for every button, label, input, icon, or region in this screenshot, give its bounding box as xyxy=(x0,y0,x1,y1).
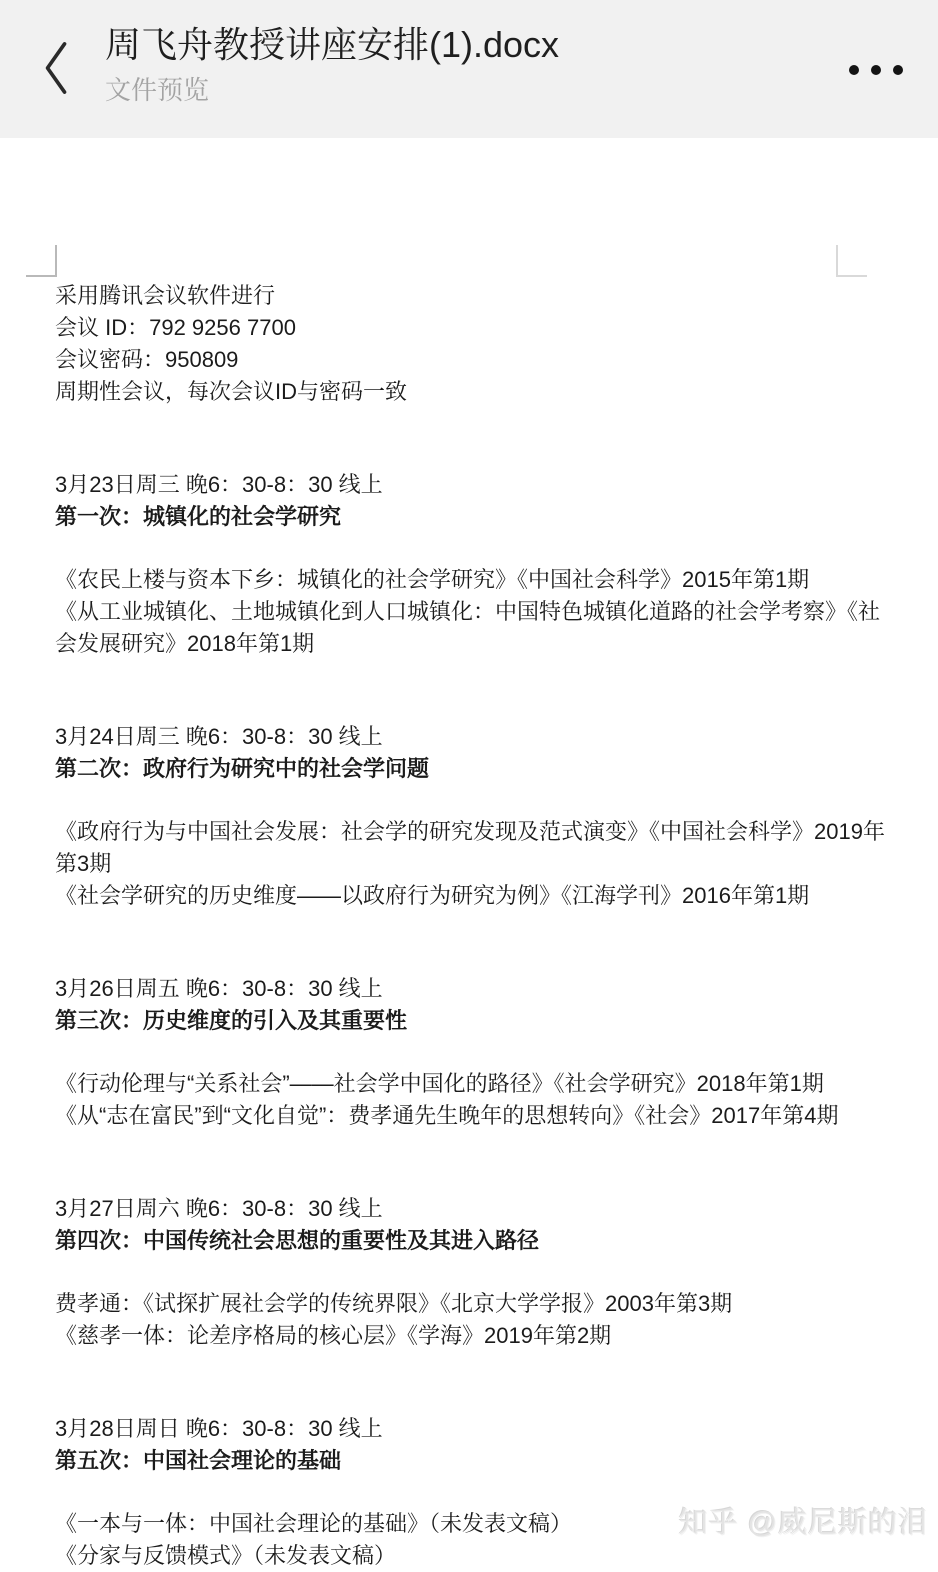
file-title: 周飞舟教授讲座安排(1).docx xyxy=(105,22,798,68)
reading-item: 《慈孝一体：论差序格局的核心层》《学海》2019年第2期 xyxy=(55,1320,896,1352)
file-preview-screen: 周飞舟教授讲座安排(1).docx 文件预览 采用腾讯会议软件进行 会议 ID：… xyxy=(0,0,938,1572)
reading-item: 《行动伦理与“关系社会”——社会学中国化的路径》《社会学研究》2018年第1期 xyxy=(55,1068,896,1100)
ellipsis-icon xyxy=(849,65,903,75)
meeting-id-line: 会议 ID：792 9256 7700 xyxy=(55,312,896,344)
page-corner-mark-left xyxy=(26,245,57,277)
reading-item: 《社会学研究的历史维度——以政府行为研究为例》《江海学刊》2016年第1期 xyxy=(55,880,896,912)
meeting-info-line: 采用腾讯会议软件进行 xyxy=(55,280,896,312)
session-title: 第五次：中国社会理论的基础 xyxy=(55,1445,896,1477)
session-5: 3月28日周日 晚6：30-8：30 线上 第五次：中国社会理论的基础 《一本与… xyxy=(55,1413,896,1572)
session-1: 3月23日周三 晚6：30-8：30 线上 第一次：城镇化的社会学研究 《农民上… xyxy=(55,469,896,660)
reading-item: 《政府行为与中国社会发展：社会学的研究发现及范式演变》《中国社会科学》2019年… xyxy=(55,816,896,880)
back-button[interactable] xyxy=(24,30,88,108)
session-title: 第二次：政府行为研究中的社会学问题 xyxy=(55,753,896,785)
session-datetime: 3月24日周三 晚6：30-8：30 线上 xyxy=(55,721,896,753)
reading-item: 《从“志在富民”到“文化自觉”：费孝通先生晚年的思想转向》《社会》2017年第4… xyxy=(55,1100,896,1132)
meeting-password-line: 会议密码：950809 xyxy=(55,344,896,376)
reading-item: 费孝通：《试探扩展社会学的传统界限》《北京大学学报》2003年第3期 xyxy=(55,1288,896,1320)
meeting-note-line: 周期性会议，每次会议ID与密码一致 xyxy=(55,376,896,408)
file-preview-header: 周飞舟教授讲座安排(1).docx 文件预览 xyxy=(0,0,938,138)
page-corner-mark-right xyxy=(836,245,867,277)
more-options-button[interactable] xyxy=(836,42,916,98)
session-datetime: 3月26日周五 晚6：30-8：30 线上 xyxy=(55,973,896,1005)
session-datetime: 3月23日周三 晚6：30-8：30 线上 xyxy=(55,469,896,501)
session-datetime: 3月28日周日 晚6：30-8：30 线上 xyxy=(55,1413,896,1445)
document-preview[interactable]: 采用腾讯会议软件进行 会议 ID：792 9256 7700 会议密码：9508… xyxy=(0,138,938,1572)
meeting-info: 采用腾讯会议软件进行 会议 ID：792 9256 7700 会议密码：9508… xyxy=(55,280,896,408)
session-3: 3月26日周五 晚6：30-8：30 线上 第三次：历史维度的引入及其重要性 《… xyxy=(55,973,896,1132)
file-preview-label: 文件预览 xyxy=(105,74,798,106)
session-4: 3月27日周六 晚6：30-8：30 线上 第四次：中国传统社会思想的重要性及其… xyxy=(55,1193,896,1352)
session-2: 3月24日周三 晚6：30-8：30 线上 第二次：政府行为研究中的社会学问题 … xyxy=(55,721,896,912)
header-text-block: 周飞舟教授讲座安排(1).docx 文件预览 xyxy=(105,22,798,106)
session-title: 第一次：城镇化的社会学研究 xyxy=(55,501,896,533)
session-title: 第四次：中国传统社会思想的重要性及其进入路径 xyxy=(55,1225,896,1257)
session-readings: 《行动伦理与“关系社会”——社会学中国化的路径》《社会学研究》2018年第1期 … xyxy=(55,1068,896,1132)
reading-item: 《分家与反馈模式》（未发表文稿） xyxy=(55,1540,896,1572)
session-readings: 《政府行为与中国社会发展：社会学的研究发现及范式演变》《中国社会科学》2019年… xyxy=(55,816,896,912)
session-readings: 《农民上楼与资本下乡：城镇化的社会学研究》《中国社会科学》2015年第1期 《从… xyxy=(55,564,896,660)
reading-item: 《从工业城镇化、土地城镇化到人口城镇化：中国特色城镇化道路的社会学考察》《社会发… xyxy=(55,596,896,660)
session-title: 第三次：历史维度的引入及其重要性 xyxy=(55,1005,896,1037)
session-datetime: 3月27日周六 晚6：30-8：30 线上 xyxy=(55,1193,896,1225)
chevron-left-icon xyxy=(39,38,73,101)
watermark: 知乎 @威尼斯的泪 xyxy=(679,1500,929,1541)
session-readings: 费孝通：《试探扩展社会学的传统界限》《北京大学学报》2003年第3期 《慈孝一体… xyxy=(55,1288,896,1352)
reading-item: 《农民上楼与资本下乡：城镇化的社会学研究》《中国社会科学》2015年第1期 xyxy=(55,564,896,596)
